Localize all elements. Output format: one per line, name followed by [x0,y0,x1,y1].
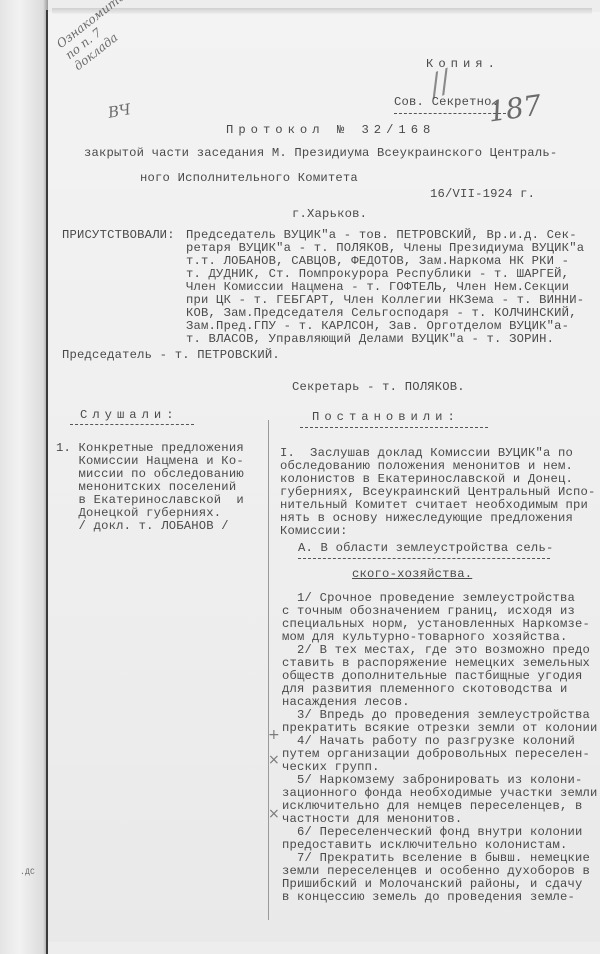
chairman-line: Председатель - т. ПЕТРОВСКИЙ. [62,349,280,362]
section-a-underline-1 [298,558,550,559]
classification-label: Сов. Секретно. [394,96,499,109]
heard-header-underline [70,424,194,425]
classification-underline [394,113,506,114]
binding-mark: .ДС [20,866,35,879]
subtitle-line-2: ного Исполнительного Комитета [140,172,358,185]
pencil-mark: × [268,752,280,768]
section-a-heading-line-2: ского-хозяйства. [352,568,472,581]
resolution-item-line: в концессию земель до проведения земле- [282,891,575,904]
present-line: т. ВЛАСОВ, Управляющий Делами ВУЦИК"а - … [186,333,554,346]
binding-strip [0,0,48,954]
pencil-mark: + [268,727,280,743]
city-label: г.Харьков. [292,208,367,221]
present-label: ПРИСУТСТВОВАЛИ: [62,229,175,242]
secretary-line: Секретарь - т. ПОЛЯКОВ. [292,381,465,394]
pencil-mark: × [268,806,280,822]
document-date: 16/VII-1924 г. [430,188,535,201]
protocol-title: Протокол № 32/168 [226,124,435,137]
resolved-header-underline [300,427,488,428]
binding-edge-line [46,10,48,954]
copy-label: Копия. [426,58,500,71]
column-divider [268,420,269,920]
subtitle-line-1: закрытой части заседания М. Президиума В… [84,147,557,160]
resolved-header: Постановили: [312,411,460,424]
section-a-heading-line-1: А. В области землеустройства сель- [298,542,553,555]
resolved-intro-line: Комиссии: [280,525,348,538]
heard-line: / докл. т. ЛОБАНОВ / [56,520,229,533]
heard-header: Слушали: [80,409,179,422]
